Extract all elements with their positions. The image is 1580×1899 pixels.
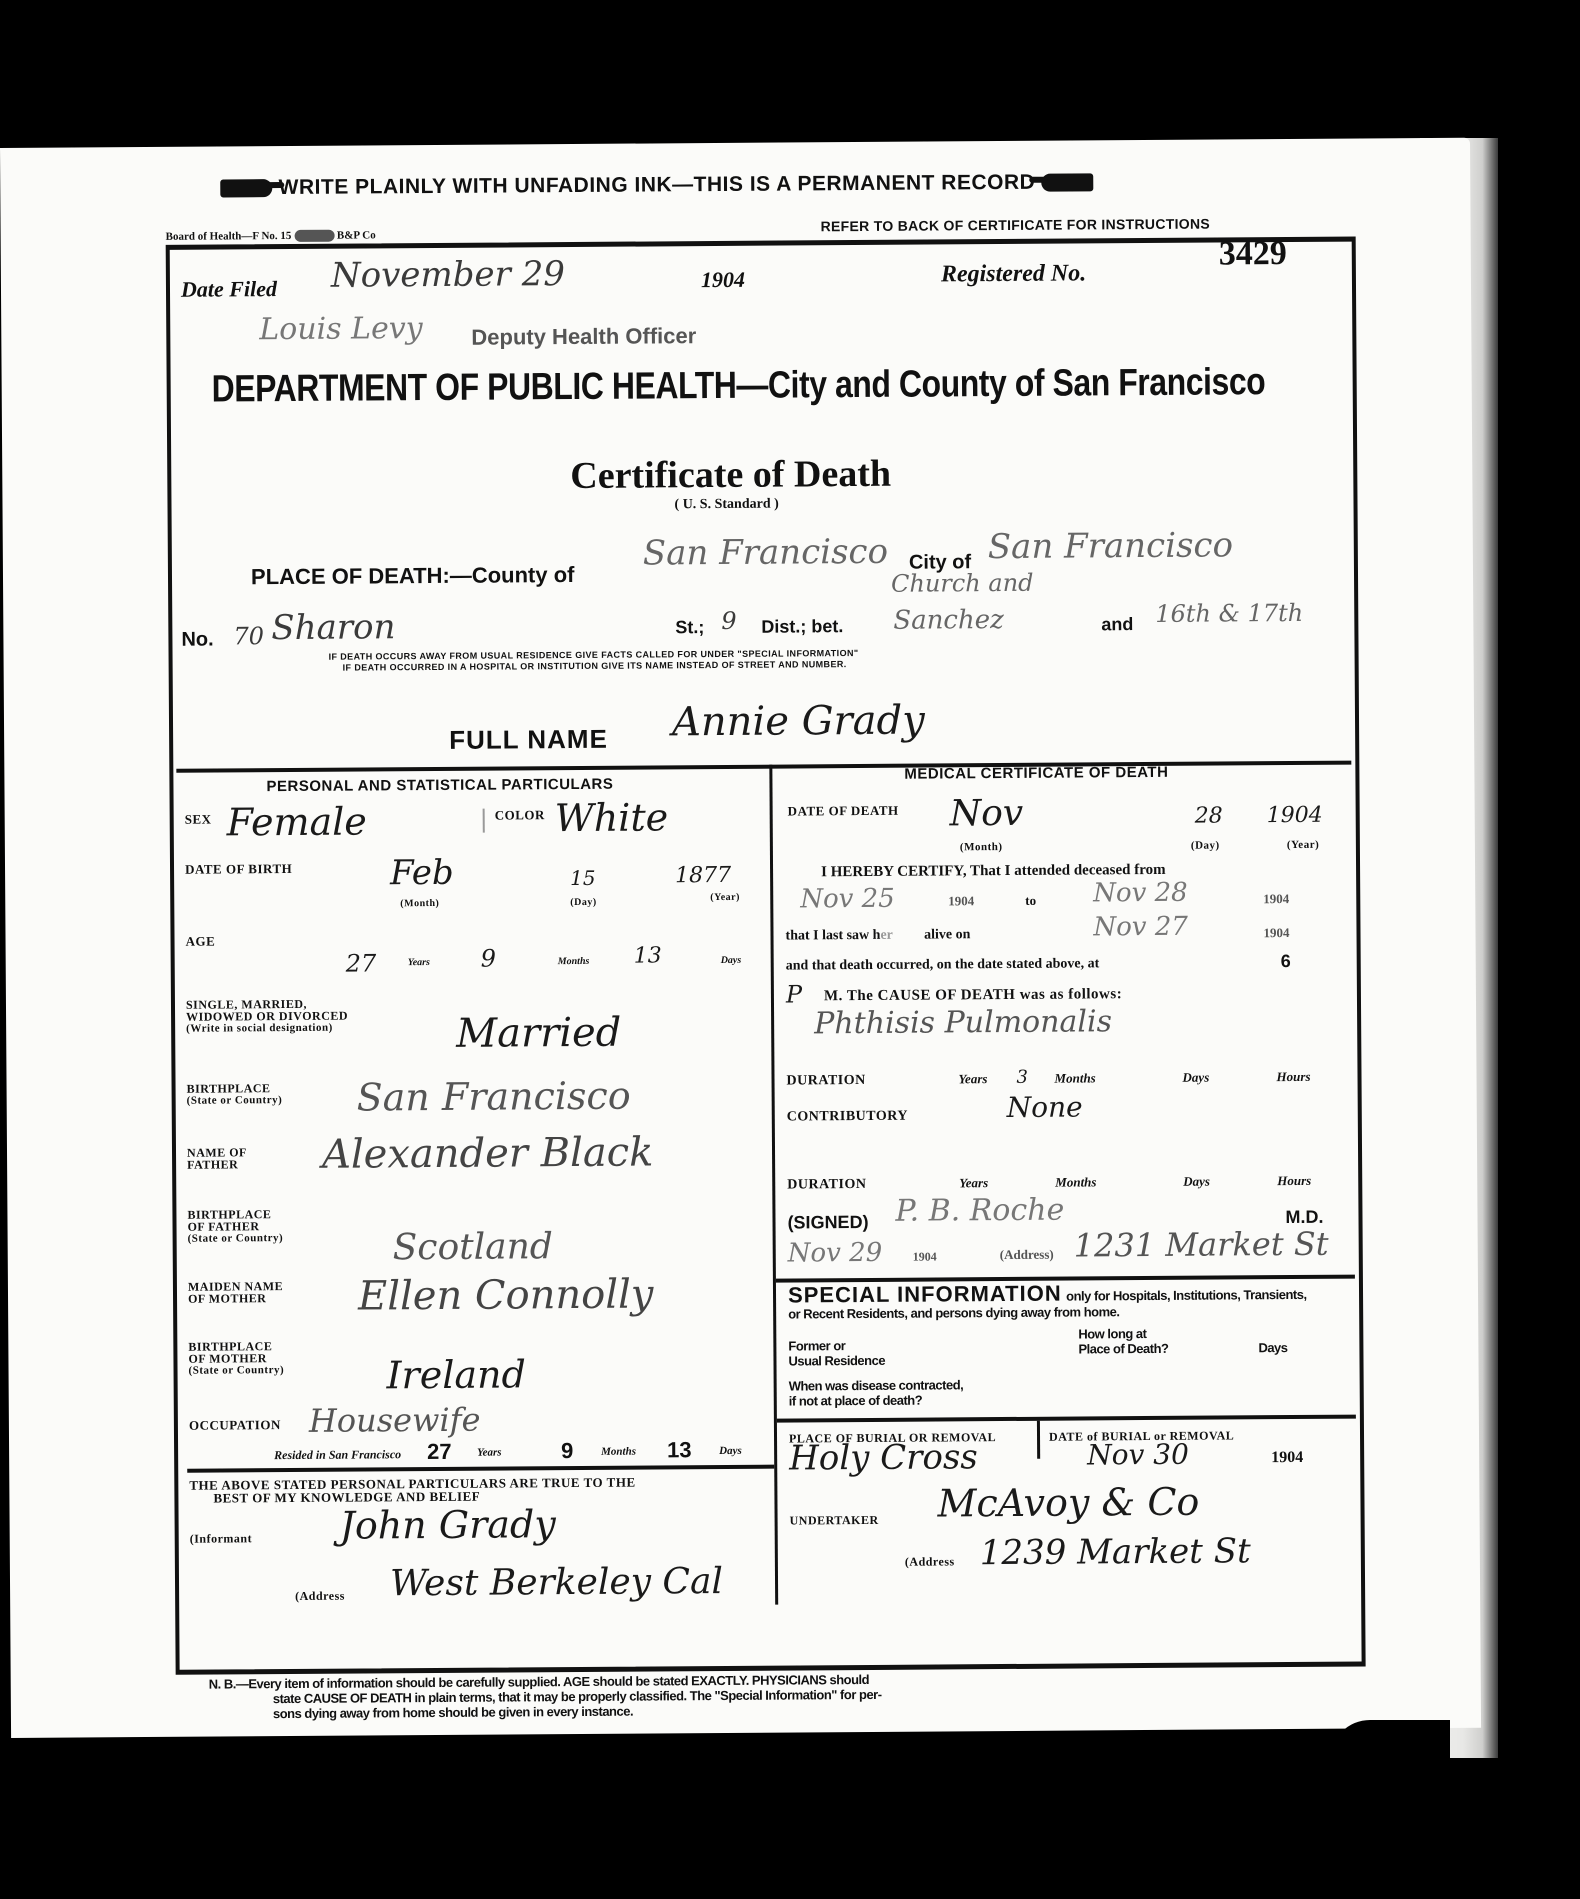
pointing-hand-icon [1042,174,1094,192]
printer-text: B&P Co [337,229,376,241]
contributory-months-label: Months [1055,1174,1096,1190]
union-label-icon [294,230,334,242]
mother-label: MAIDEN NAME OF MOTHER [188,1280,283,1305]
form-number-text: Board of Health—F No. 15 [166,230,292,243]
how-long-label: How long at Place of Death? [1078,1326,1168,1357]
marital-label: SINGLE, MARRIED, WIDOWED OR DIVORCED (Wr… [186,998,348,1035]
father-label-2: FATHER [187,1158,247,1170]
father-birthplace-label: BIRTHPLACE OF FATHER (State or Country) [187,1208,283,1245]
book-shadow [1330,1720,1450,1899]
district-label: Dist.; bet. [761,616,843,638]
sex-value: Female [227,799,367,844]
date-filed-year: 1904 [701,267,745,293]
date-filed-label: Date Filed [181,276,277,303]
duration-years-label: Years [958,1071,987,1087]
mother-bp-label-3: (State or Country) [188,1364,284,1377]
duration-months-label: Months [1054,1070,1095,1086]
marital-label-2: WIDOWED OR DIVORCED [186,1010,348,1023]
resided-label: Resided in San Francisco [274,1447,401,1463]
pointing-hand-icon [220,180,272,198]
burial-date-value: Nov 30 [1087,1438,1189,1472]
between-street-1-top: Church and [891,569,1034,598]
father-birthplace-value: Scotland [393,1226,553,1268]
number-label: No. [181,629,213,652]
between-street-1: Sanchez [893,605,1004,636]
undertaker-value: McAvoy & Co [937,1480,1199,1526]
officer-signature: Louis Levy [259,311,423,347]
undertaker-label: UNDERTAKER [790,1514,879,1528]
last-saw-pronoun: er [880,928,892,943]
certificate-page: WRITE PLAINLY WITH UNFADING INK—THIS IS … [0,138,1481,1738]
registered-label: Registered No. [941,260,1086,288]
dob-year-caption: (Year) [710,891,740,904]
special-heading-note: only for Hospitals, Institutions, Transi… [1066,1287,1307,1304]
age-months-label: Months [558,956,590,967]
contributory-value: None [1007,1090,1083,1124]
to-label: to [1025,893,1036,909]
father-bp-label-2: OF FATHER [187,1220,283,1233]
dod-month-caption: (Month) [960,841,1003,854]
last-saw-line: that I last saw her alive on [785,927,970,944]
certificate-subtitle: ( U. S. Standard ) [674,497,778,514]
dob-month-caption: (Month) [400,897,439,910]
birthplace-label-2: (State or Country) [187,1094,283,1107]
father-label: NAME OF FATHER [187,1146,247,1170]
signed-date: Nov 29 [788,1238,883,1269]
resided-years-label: Years [477,1447,502,1459]
signed-year: 1904 [913,1249,937,1264]
marital-label-3: (Write in social designation) [186,1022,348,1035]
banner-text: WRITE PLAINLY WITH UNFADING INK—THIS IS … [279,171,1036,199]
place-of-death-label: PLACE OF DEATH:—County of [251,562,575,590]
father-value: Alexander Black [322,1129,654,1177]
former-label-1: Former or [788,1338,885,1354]
and-label: and [1101,614,1133,635]
sex-label: SEX [185,813,212,826]
attended-to: Nov 28 [1093,878,1188,909]
burial-place-value: Holy Cross [789,1437,978,1478]
resided-days: 13 [667,1437,692,1463]
resided-months: 9 [561,1438,573,1464]
special-heading-note-2: or Recent Residents, and persons dying a… [788,1304,1119,1321]
last-alive-date: Nov 27 [1093,912,1188,943]
alive-on-label: alive on [924,927,970,942]
physician-address: 1231 Market St [1074,1225,1329,1265]
last-alive-year: 1904 [1263,925,1289,941]
former-label-2: Usual Residence [788,1353,885,1369]
age-label: AGE [185,935,215,948]
officer-title: Deputy Health Officer [471,323,696,351]
birthplace-value: San Francisco [356,1074,630,1120]
full-name-label: FULL NAME [449,724,608,756]
mother-bp-label-2: OF MOTHER [188,1352,284,1365]
how-long-days-label: Days [1258,1340,1287,1355]
dob-day-caption: (Day) [570,896,596,909]
personal-heading: PERSONAL AND STATISTICAL PARTICULARS [266,776,613,795]
informant-statement: THE ABOVE STATED PERSONAL PARTICULARS AR… [189,1476,635,1505]
attended-from-year: 1904 [948,893,974,909]
former-residence-label: Former or Usual Residence [788,1338,885,1369]
residence-note: IF DEATH OCCURS AWAY FROM USUAL RESIDENC… [329,648,859,674]
dob-label: DATE OF BIRTH [185,862,292,876]
contributory-label: CONTRIBUTORY [787,1110,908,1124]
mother-birthplace-label: BIRTHPLACE OF MOTHER (State or Country) [188,1340,284,1377]
dob-year: 1877 [675,863,731,888]
age-days-label: Days [721,955,742,966]
resided-years: 27 [427,1439,452,1465]
sex-color-divider [483,809,485,833]
undertaker-address-value: 1239 Market St [980,1531,1251,1573]
dod-day-caption: (Day) [1191,840,1220,853]
certificate-title: Certificate of Death [570,452,891,498]
father-bp-label-3: (State or Country) [188,1232,284,1245]
age-years: 27 [346,949,377,977]
how-long-2: Place of Death? [1078,1341,1168,1357]
instructions-note: REFER TO BACK OF CERTIFICATE FOR INSTRUC… [821,216,1211,235]
contracted-1: When was disease contracted, [789,1377,964,1393]
dod-year: 1904 [1267,803,1323,828]
undertaker-address-label: (Address [905,1555,955,1568]
attended-to-year: 1904 [1263,891,1289,907]
birthplace-label: BIRTHPLACE (State or Country) [187,1082,283,1107]
physician-address-label: (Address) [1000,1247,1054,1263]
resided-days-label: Days [719,1445,742,1457]
special-heading-text: SPECIAL INFORMATION [788,1281,1062,1308]
banner: WRITE PLAINLY WITH UNFADING INK—THIS IS … [220,170,1093,200]
occupation-label: OCCUPATION [189,1418,281,1432]
form-number: Board of Health—F No. 15 B&P Co [166,229,376,243]
physician-signature: P. B. Roche [895,1193,1064,1229]
mother-birthplace-value: Ireland [386,1352,526,1397]
mother-label-2: OF MOTHER [188,1292,283,1305]
dod-month: Nov [950,793,1024,835]
footnote: N. B.—Every item of information should b… [209,1672,882,1722]
department-title: DEPARTMENT OF PUBLIC HEALTH—City and Cou… [212,361,1266,411]
informant-label: (Informant [190,1532,252,1545]
dod-day: 28 [1195,803,1223,828]
street-value: Sharon [271,607,395,648]
street-label: St.; [675,617,704,638]
medical-heading: MEDICAL CERTIFICATE OF DEATH [904,764,1168,783]
informant-value: John Grady [339,1502,555,1548]
informant-address-label: (Address [295,1590,345,1603]
district-value: 9 [721,607,736,635]
death-hour: 6 [1281,951,1291,972]
contributory-days-label: Days [1183,1174,1210,1190]
full-name-value: Annie Grady [672,698,925,746]
last-saw-text: that I last saw h [785,928,880,944]
duration-months-value: 3 [1016,1067,1028,1088]
birthplace-label-1: BIRTHPLACE [187,1082,283,1095]
occupation-value: Housewife [309,1401,481,1440]
dod-label: DATE OF DEATH [788,804,899,818]
burial-divider [1037,1421,1040,1459]
contributory-years-label: Years [959,1175,988,1191]
burial-year-value: 1904 [1271,1449,1303,1467]
between-street-2: 16th & 17th [1155,599,1303,628]
registered-number: 3429 [1219,235,1287,273]
contributory-duration-label: DURATION [787,1178,866,1192]
contracted-label: When was disease contracted, if not at p… [789,1377,964,1408]
dod-year-caption: (Year) [1287,839,1319,852]
dob-month: Feb [390,853,454,893]
duration-label: DURATION [786,1074,865,1088]
duration-hours-label: Hours [1276,1069,1310,1085]
color-label: COLOR [495,808,545,821]
signed-label: (SIGNED) [787,1212,868,1234]
date-filed-value: November 29 [331,254,565,296]
mother-value: Ellen Connolly [358,1271,654,1319]
color-value: White [555,795,669,840]
informant-address-value: West Berkeley Cal [390,1561,723,1604]
resided-months-label: Months [601,1446,636,1458]
how-long-1: How long at [1078,1326,1168,1342]
city-value: San Francisco [988,525,1233,567]
contracted-2: if not at place of death? [789,1392,964,1408]
age-months: 9 [481,945,496,973]
age-days: 13 [634,943,662,968]
cause-label: M. The CAUSE OF DEATH was as follows: [824,986,1122,1005]
street-number-value: 70 [233,622,264,650]
age-years-label: Years [408,957,430,968]
death-meridiem: P [786,980,802,1008]
contributory-hours-label: Hours [1277,1173,1311,1189]
dob-day: 15 [570,866,596,890]
marital-value: Married [456,1010,621,1057]
cause-value: Phthisis Pulmonalis [814,1004,1112,1041]
county-value: San Francisco [643,532,888,574]
occurred-statement: and that death occurred, on the date sta… [786,956,1100,974]
attended-from: Nov 25 [800,884,895,915]
duration-days-label: Days [1182,1070,1209,1086]
